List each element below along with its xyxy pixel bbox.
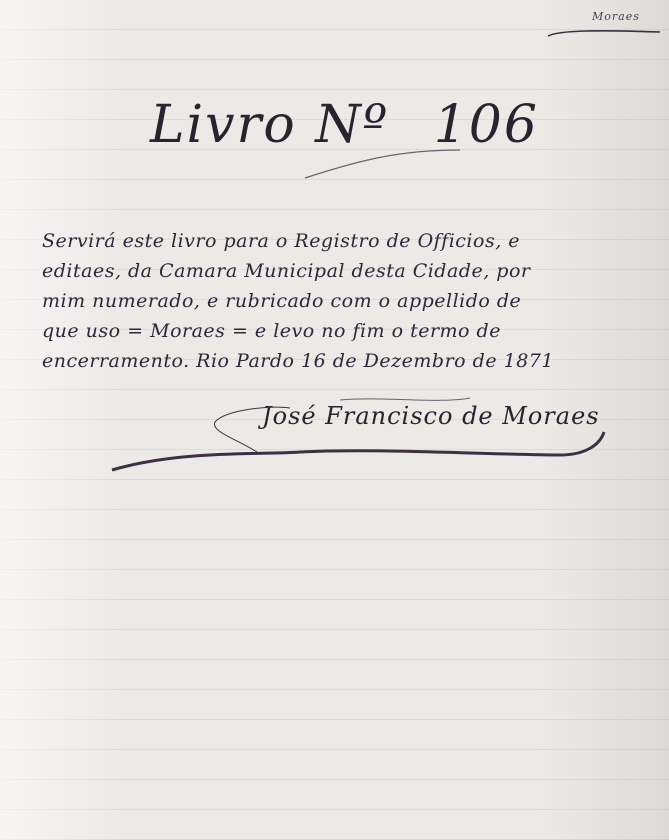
signature-upper-flourish [340, 398, 470, 400]
signature-flourish [112, 432, 604, 470]
body-line: Servirá este livro para o Registro de Of… [42, 226, 662, 256]
signature: José Francisco de Moraes [262, 402, 600, 430]
document-page: Moraes Livro Nº 106 Servirá este livro p… [0, 0, 669, 840]
title-number: 106 [434, 95, 539, 155]
opening-statement: Servirá este livro para o Registro de Of… [42, 226, 662, 376]
corner-annotation: Moraes [592, 10, 640, 23]
title-number-label: Nº [315, 95, 389, 155]
page-title: Livro Nº 106 [150, 95, 539, 155]
title-word: Livro [150, 95, 297, 155]
body-line: que uso = Moraes = e levo no fim o termo… [42, 316, 662, 346]
body-line: editaes, da Camara Municipal desta Cidad… [42, 256, 662, 286]
body-line: mim numerado, e rubricado com o appellid… [42, 286, 662, 316]
body-line: encerramento. Rio Pardo 16 de Dezembro d… [42, 346, 662, 376]
corner-underline-flourish [548, 31, 660, 36]
